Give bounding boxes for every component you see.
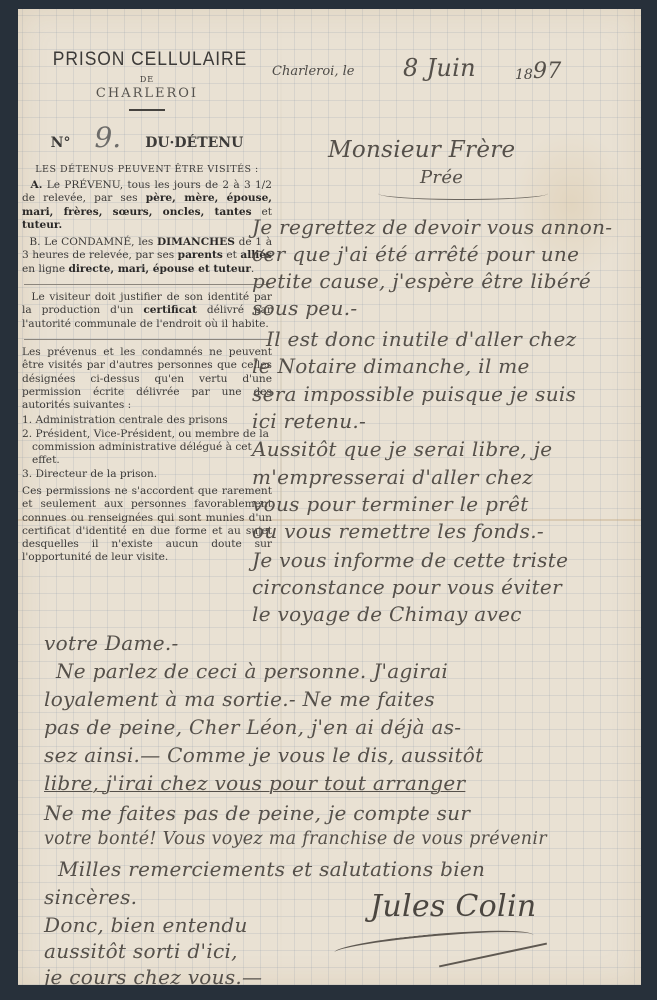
letter-line: Il est donc inutile d'aller chez — [266, 327, 576, 351]
printed-letterhead: PRISON CELLULAIRE DE CHARLEROI N° 9. DU·… — [22, 49, 272, 565]
date-day-month: 8 Juin — [403, 54, 476, 82]
letter-line: le voyage de Chimay avec — [252, 602, 522, 626]
letter-line: Ne parlez de ceci à personne. J'agirai — [56, 659, 448, 683]
detainee-number: 9. — [94, 121, 121, 154]
detainee-number-line: N° 9. DU·DÉTENU — [22, 121, 272, 154]
letter-line: libre, j'irai chez vous pour tout arrang… — [44, 771, 465, 795]
institution-title: PRISON CELLULAIRE — [38, 49, 262, 71]
letter-line: sous peu.- — [252, 296, 357, 320]
authorities-list: 1. Administration centrale des prisons 2… — [22, 414, 272, 480]
detainee-label: DU·DÉTENU — [145, 135, 243, 151]
salutation-sub: Prée — [420, 167, 463, 188]
certificate-word: certificat — [143, 304, 197, 316]
letter-line: le Notaire dimanche, il me — [252, 354, 530, 378]
rule-b-letter: B. — [29, 236, 40, 248]
date-year-suffix: 97 — [533, 59, 562, 84]
letter-line: pas de peine, Cher Léon, j'en ai déjà as… — [44, 715, 461, 739]
authority-item: 1. Administration centrale des prisons — [22, 414, 272, 427]
letter-line: cer que j'ai été arrêté pour une — [252, 242, 579, 266]
letter-line: Je vous informe de cette triste — [252, 548, 568, 572]
rule-b-days: DIMANCHES — [157, 236, 235, 248]
letter-line: circonstance pour vous éviter — [252, 575, 562, 599]
letter-line: Milles remerciements et salutations bien — [58, 857, 485, 881]
preposition: DE — [22, 75, 272, 84]
letter-paper: PRISON CELLULAIRE DE CHARLEROI N° 9. DU·… — [18, 9, 641, 985]
authority-item: 3. Directeur de la prison. — [22, 468, 272, 481]
rule-b-direct: directe, mari, épouse et tuteur — [69, 263, 251, 275]
signature-flourish — [334, 924, 535, 965]
section-divider — [24, 339, 270, 340]
letter-line: Je regrettez de devoir vous annon- — [252, 215, 612, 239]
letter-line: loyalement à ma sortie.- Ne me faites — [44, 687, 435, 711]
letter-line: sera impossible puisque je suis — [252, 382, 576, 406]
visiting-rules-heading: LES DÉTENUS PEUVENT ÊTRE VISITÉS : — [22, 164, 272, 175]
letter-line: ou vous remettre les fonds.- — [252, 519, 544, 543]
date-printed-place: Charleroi, le — [272, 64, 354, 79]
letter-line: sez ainsi.— Comme je vous le dis, aussit… — [44, 743, 483, 767]
salutation: Monsieur Frère — [328, 137, 515, 163]
postscript-line: je cours chez vous.— — [44, 965, 262, 985]
letter-line: votre Dame.- — [44, 631, 179, 655]
letter-line: m'empresserai d'aller chez — [252, 465, 533, 489]
postscript-line: aussitôt sorti d'ici, — [44, 939, 238, 963]
letter-line: petite cause, j'espère être libéré — [252, 269, 591, 293]
letter-line: vous pour terminer le prêt — [252, 492, 529, 516]
rule-b-text: Le CONDAMNÉ, les — [44, 236, 153, 248]
rule-a: A. Le PRÉVENU, tous les jours de 2 à 3 1… — [22, 179, 272, 232]
salutation-flourish — [378, 187, 548, 200]
letter-line: votre bonté! Vous voyez ma franchise de … — [44, 829, 547, 849]
certificate-note: Le visiteur doit justifier de son identi… — [22, 291, 272, 331]
header-rule — [129, 109, 165, 111]
rule-b-parents: parents — [178, 249, 223, 261]
others-note: Les prévenus et les condamnés ne peuvent… — [22, 346, 272, 412]
city-name: CHARLEROI — [22, 86, 272, 101]
signature: Jules Colin — [370, 889, 536, 924]
rule-b-line: en ligne — [22, 263, 65, 275]
rule-a-letter: A. — [31, 179, 43, 191]
section-divider — [24, 284, 270, 285]
rule-a-guardian: tuteur. — [22, 219, 62, 231]
postscript-line: Donc, bien entendu — [44, 913, 248, 937]
letter-line: sincères. — [44, 885, 137, 909]
letter-line: Aussitôt que je serai libre, je — [252, 437, 552, 461]
letter-line: ici retenu.- — [252, 409, 366, 433]
number-prefix: N° — [51, 135, 71, 151]
rule-b: B. Le CONDAMNÉ, les DIMANCHES de 1 à 3 h… — [22, 236, 272, 276]
authority-item: 2. Président, Vice-Président, ou membre … — [22, 428, 272, 468]
letter-line: Ne me faites pas de peine, je compte sur — [44, 801, 470, 825]
date-year-prefix: 18 — [515, 67, 533, 83]
permission-note: Ces permissions ne s'accordent que rarem… — [22, 485, 272, 565]
rule-b-connector: et — [226, 249, 237, 261]
